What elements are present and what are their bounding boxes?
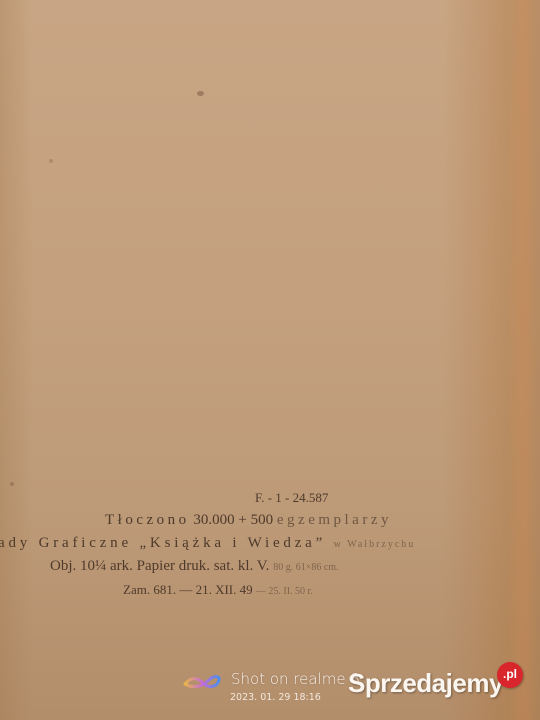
- colophon-line-order: Zam. 681. — 21. XII. 49 — 25. II. 50 r.: [123, 582, 313, 598]
- site-watermark-badge: .pl: [497, 662, 523, 688]
- capture-datetime: 2023. 01. 29 18:16: [230, 692, 321, 703]
- paper-speck: [10, 482, 14, 486]
- colophon-line-print-run: Tłoczono 30.000 + 500 egzemplarzy: [105, 512, 392, 529]
- colophon-line-code: F. - 1 - 24.587: [255, 490, 328, 506]
- colophon-line-volume: Obj. 10¼ ark. Papier druk. sat. kl. V. 8…: [50, 558, 339, 575]
- colophon-line-printer: ady Graficzne „Książka i Wiedza” w Wałbr…: [0, 535, 415, 552]
- infinity-logo-icon: [183, 673, 223, 691]
- camera-model-text: Shot on realme 8: [231, 670, 360, 688]
- book-page: F. - 1 - 24.587 Tłoczono 30.000 + 500 eg…: [0, 0, 540, 720]
- paper-speck: [197, 91, 204, 96]
- paper-speck: [49, 159, 53, 163]
- site-watermark-text: Sprzedajemy: [348, 668, 503, 699]
